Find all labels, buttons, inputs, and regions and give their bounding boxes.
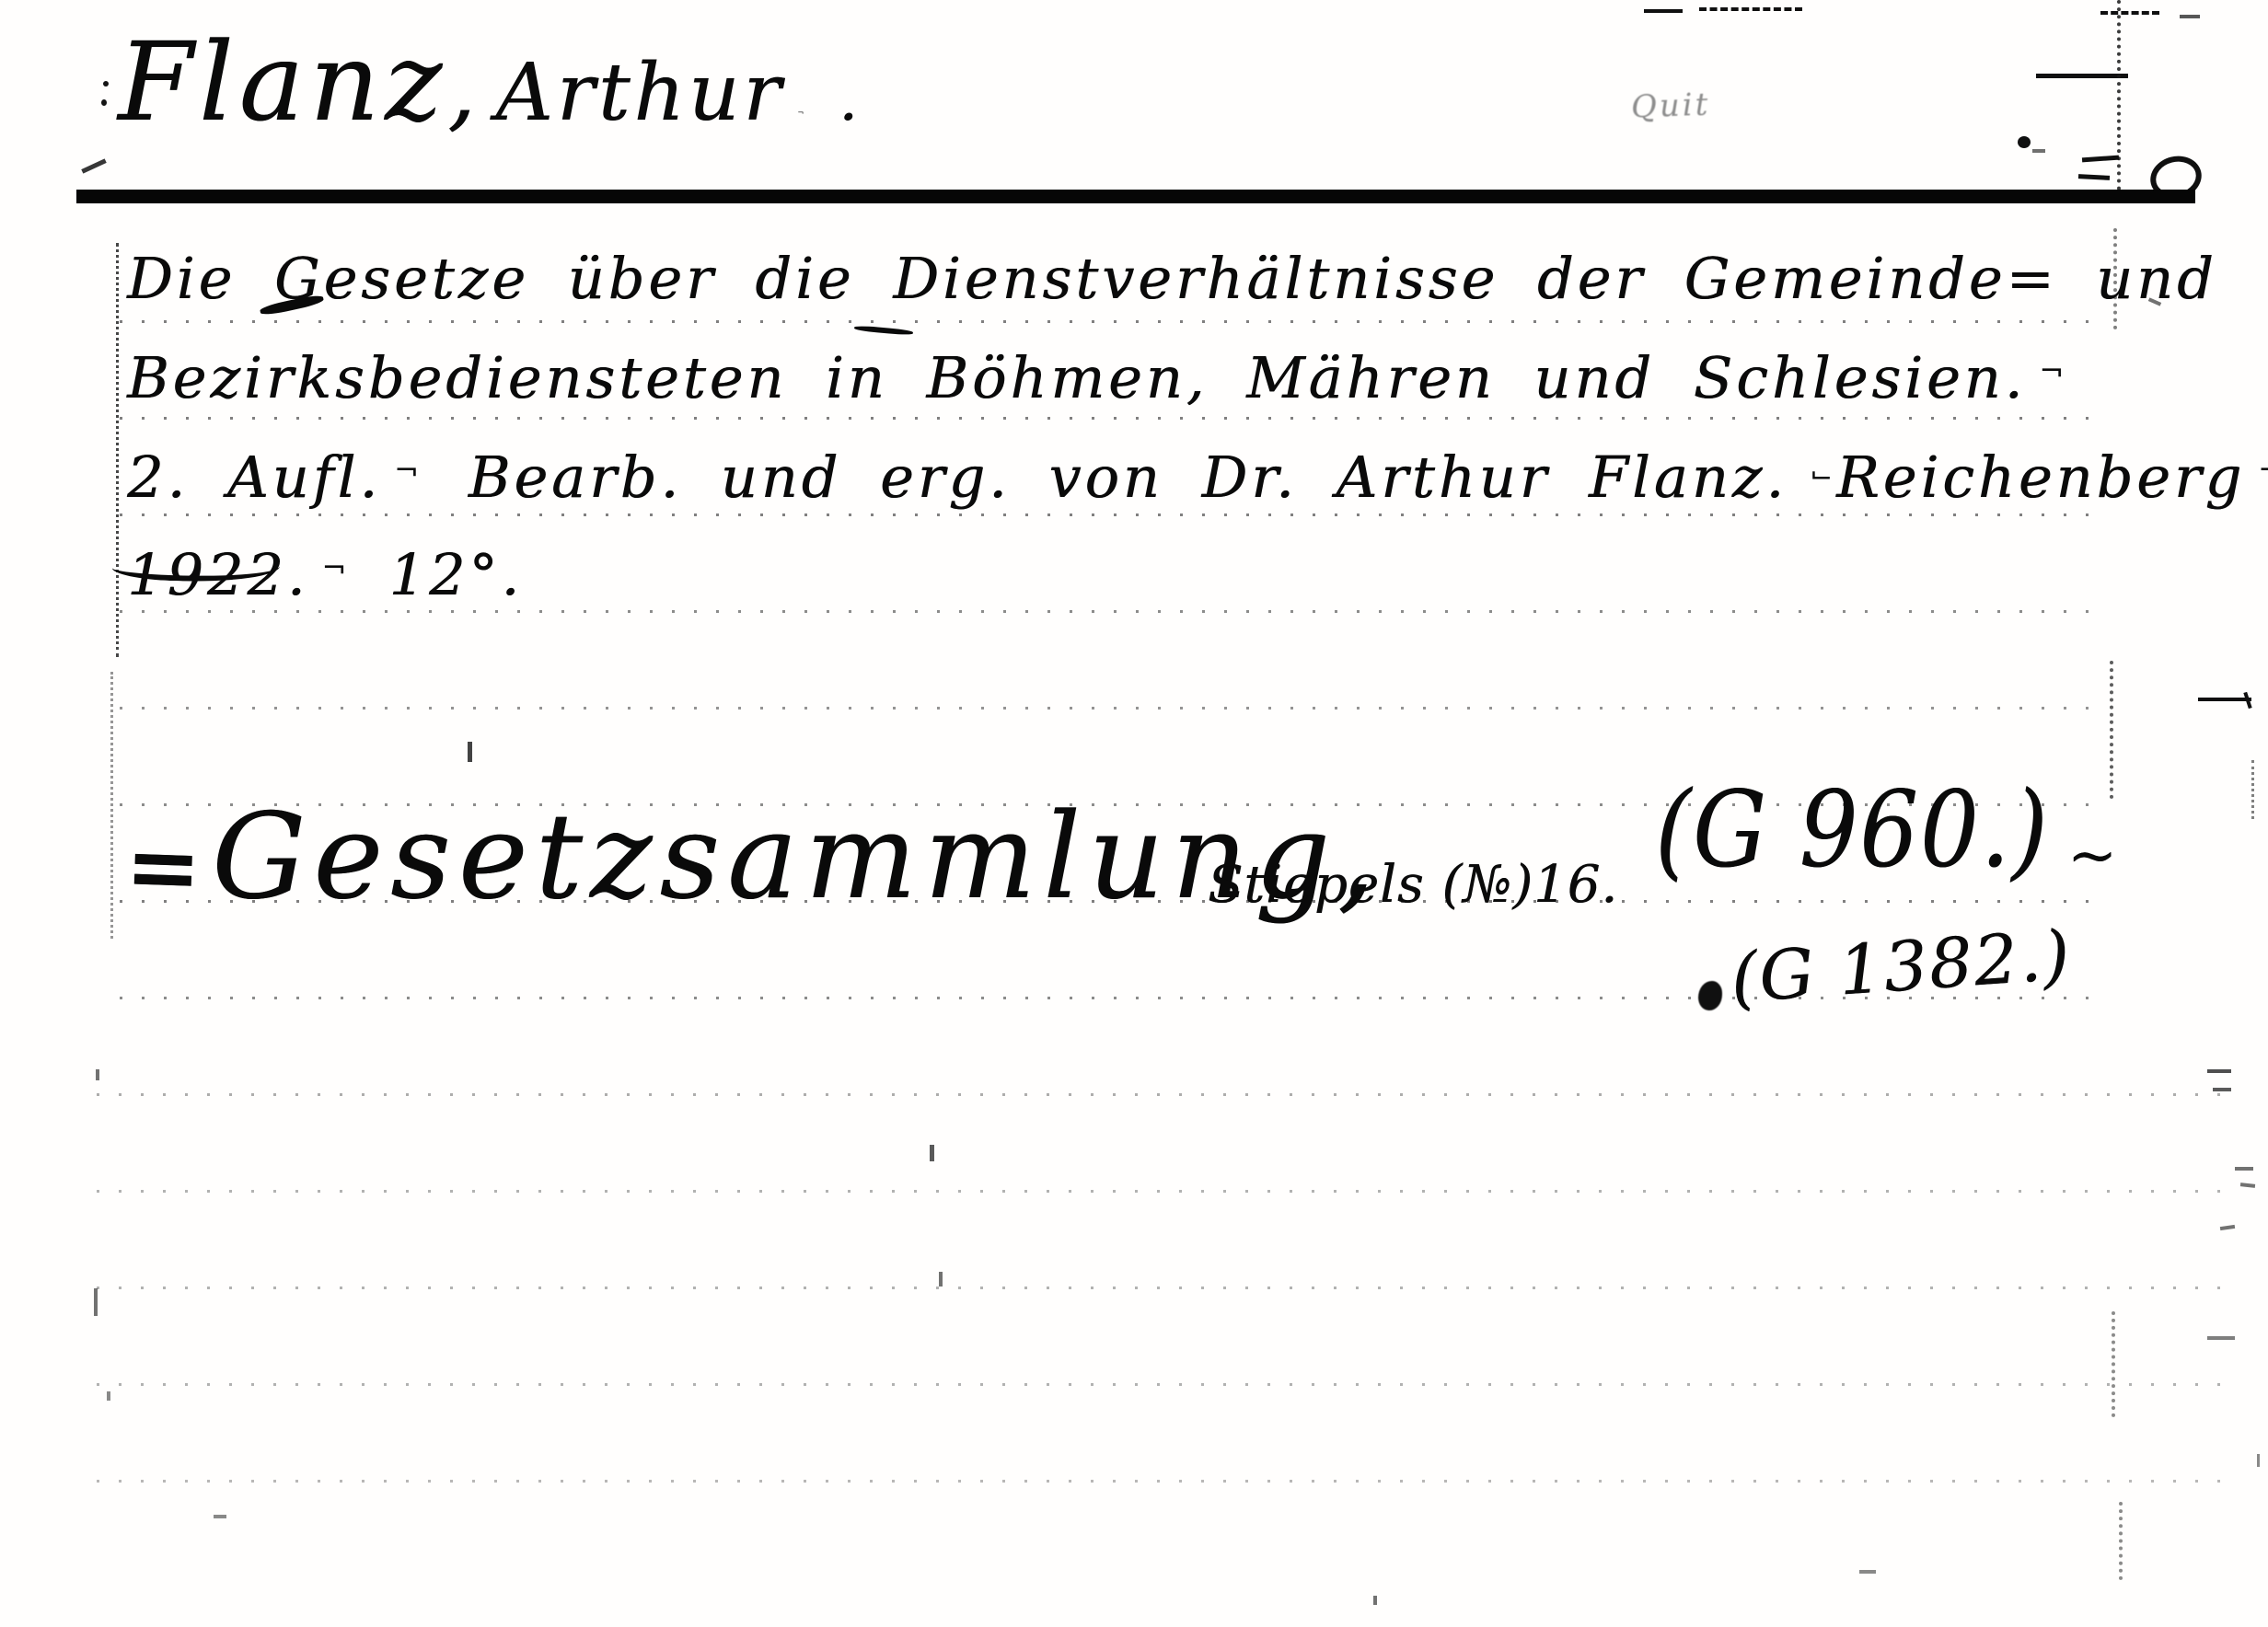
insertion-hook-mark: ¬ [322,553,351,583]
noise-speck [930,1145,934,1161]
insertion-hook-mark: ¬ [2258,456,2268,485]
noise-speck [2240,1183,2255,1188]
series-title: Gesetzsammlung, [212,799,1383,917]
heading-comma: , [447,45,476,133]
title-line-3: 2. Aufl.¬ Bearb. und erg. von Dr. Arthur… [127,449,2268,506]
noise-speck [2207,1336,2235,1340]
noise-speck [101,99,107,106]
registration-dashed-line [1699,7,1802,11]
right-margin-dotted-line [2119,1502,2123,1580]
noise-speck [468,742,472,762]
heading-period: . [839,71,857,130]
registration-dash [1644,9,1683,13]
noise-speck [81,158,106,173]
right-margin-dotted-line [2110,661,2113,799]
registration-dashed-line [2100,11,2159,15]
book-format: 12°. [389,541,524,608]
title-line-2-text: Bezirksbediensteten in Böhmen, Mähren un… [127,344,2026,411]
noise-speck [214,1515,226,1518]
ruled-dotted-line [120,513,2108,516]
insertion-bracket-mark: ¬ [1806,462,1833,490]
noise-speck [2207,1069,2231,1073]
noise-speck [96,1069,99,1080]
small-tick [2032,149,2045,153]
left-margin-dotted-line [110,672,113,939]
equals-check-mark [2082,156,2119,163]
noise-speck [1373,1596,1377,1605]
ink-blot [1698,981,1722,1010]
noise-speck [103,81,109,87]
right-margin-dotted-line [2251,760,2254,819]
series-equals-sign: = [123,822,202,915]
heading-author: Flanz,Arthur¬. [118,28,858,136]
noise-speck [2213,1088,2231,1091]
heading-rule [76,190,2195,203]
ruled-dotted-line [120,417,2108,420]
right-margin-dotted-line [2117,0,2121,198]
ruled-dotted-line [120,320,2108,323]
noise-speck [2235,1167,2253,1171]
author-forename: Arthur [496,53,785,133]
edition-statement: 2. Aufl. [127,444,381,511]
insertion-hook-mark: ¬ [797,109,804,116]
left-margin-dotted-line [116,243,119,657]
ink-dot [2018,136,2031,148]
title-line-1-text: Die Gesetze über die Dienstverhältnisse … [127,245,2217,312]
ruled-dotted-line [120,610,2108,613]
ruled-dotted-line [97,1383,2232,1386]
ruled-dotted-line [97,1480,2232,1483]
insertion-hook-mark: ¬ [394,456,422,485]
title-line-1: Die Gesetze über die Dienstverhältnisse … [127,250,2217,307]
ruled-dotted-line [97,1093,2232,1096]
noise-speck [107,1391,110,1401]
ink-flourish [854,325,913,336]
registration-cross-line [2036,74,2128,78]
ruled-dotted-line [97,1287,2232,1289]
right-margin-dotted-line [2112,1311,2115,1417]
noise-speck [939,1272,943,1287]
call-number: (G 960.) [1655,778,2049,883]
catalog-card-scan: Flanz,Arthur¬. Quit Die Gesetze über die… [0,0,2268,1627]
ruled-dotted-line [120,707,2108,710]
noise-speck [94,1288,98,1316]
arrow-mark [2198,698,2251,701]
publication-place: Reichenberg [1836,444,2245,511]
responsibility-statement: Bearb. und erg. von Dr. Arthur Flanz. [469,444,1788,511]
noise-speck [2220,1225,2235,1230]
title-line-2: Bezirksbediensteten in Böhmen, Mähren un… [127,350,2075,407]
noise-speck [2257,1454,2260,1467]
equals-check-mark [2078,174,2110,180]
noise-speck [1859,1570,1876,1574]
author-surname: Flanz [118,28,447,136]
pencil-annotation: Quit [1630,89,1710,123]
call-number-mark: ~ [2067,826,2117,885]
registration-dash [2180,15,2200,18]
series-detail: Stiepels (№)16. [1208,860,1618,911]
ruled-dotted-line [97,1190,2232,1193]
insertion-hook-mark: ¬ [2039,356,2067,386]
